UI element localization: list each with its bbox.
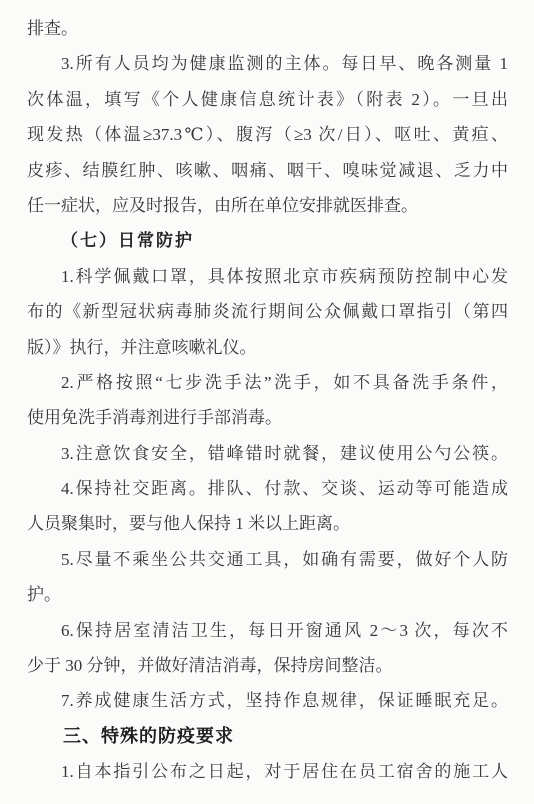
body-text-line: 4.保持社交距离。排队、付款、交谈、运动等可能造成 bbox=[27, 471, 508, 506]
document-page: 排查。 3.所有人员均为健康监测的主体。每日早、晚各测量 1 次体温，填写《个人… bbox=[0, 0, 534, 804]
section-heading-daily-protection: （七）日常防护 bbox=[27, 223, 508, 258]
body-text-line: 护。 bbox=[27, 577, 508, 612]
body-text-line: 5.尽量不乘坐公共交通工具，如确有需要，做好个人防 bbox=[27, 542, 508, 577]
body-text-line: 少于 30 分钟，并做好清洁消毒，保持房间整洁。 bbox=[27, 648, 508, 683]
body-text-line: 3.所有人员均为健康监测的主体。每日早、晚各测量 1 bbox=[27, 46, 508, 81]
body-text-line: 版）》执行，并注意咳嗽礼仪。 bbox=[27, 330, 508, 365]
body-text-line: 现发热（体温≥37.3℃）、腹泻（≥3 次/日）、呕吐、黄疸、 bbox=[27, 117, 508, 152]
body-text-line: 皮疹、结膜红肿、咳嗽、咽痛、咽干、嗅味觉减退、乏力中 bbox=[27, 153, 508, 188]
body-text-line: 2.严格按照“七步洗手法”洗手，如不具备洗手条件， bbox=[27, 365, 508, 400]
body-text-line: 6.保持居室清洁卫生，每日开窗通风 2～3 次，每次不 bbox=[27, 613, 508, 648]
body-text-line: 7.养成健康生活方式，坚持作息规律，保证睡眠充足。 bbox=[27, 683, 508, 718]
body-text-line: 1.科学佩戴口罩，具体按照北京市疾病预防控制中心发 bbox=[27, 259, 508, 294]
body-text-line: 布的《新型冠状病毒肺炎流行期间公众佩戴口罩指引（第四 bbox=[27, 294, 508, 329]
body-text-line: 3.注意饮食安全，错峰错时就餐，建议使用公勺公筷。 bbox=[27, 436, 508, 471]
body-text-line: 使用免洗手消毒剂进行手部消毒。 bbox=[27, 400, 508, 435]
body-text-line: 次体温，填写《个人健康信息统计表》（附表 2）。一旦出 bbox=[27, 82, 508, 117]
body-text-line: 任一症状，应及时报告，由所在单位安排就医排查。 bbox=[27, 188, 508, 223]
body-text-line: 1.自本指引公布之日起，对于居住在员工宿舍的施工人 bbox=[27, 754, 508, 789]
chapter-heading-special-requirements: 三、特殊的防疫要求 bbox=[27, 719, 508, 754]
body-text-line: 排查。 bbox=[27, 11, 508, 46]
body-text-line: 人员聚集时，要与他人保持 1 米以上距离。 bbox=[27, 506, 508, 541]
